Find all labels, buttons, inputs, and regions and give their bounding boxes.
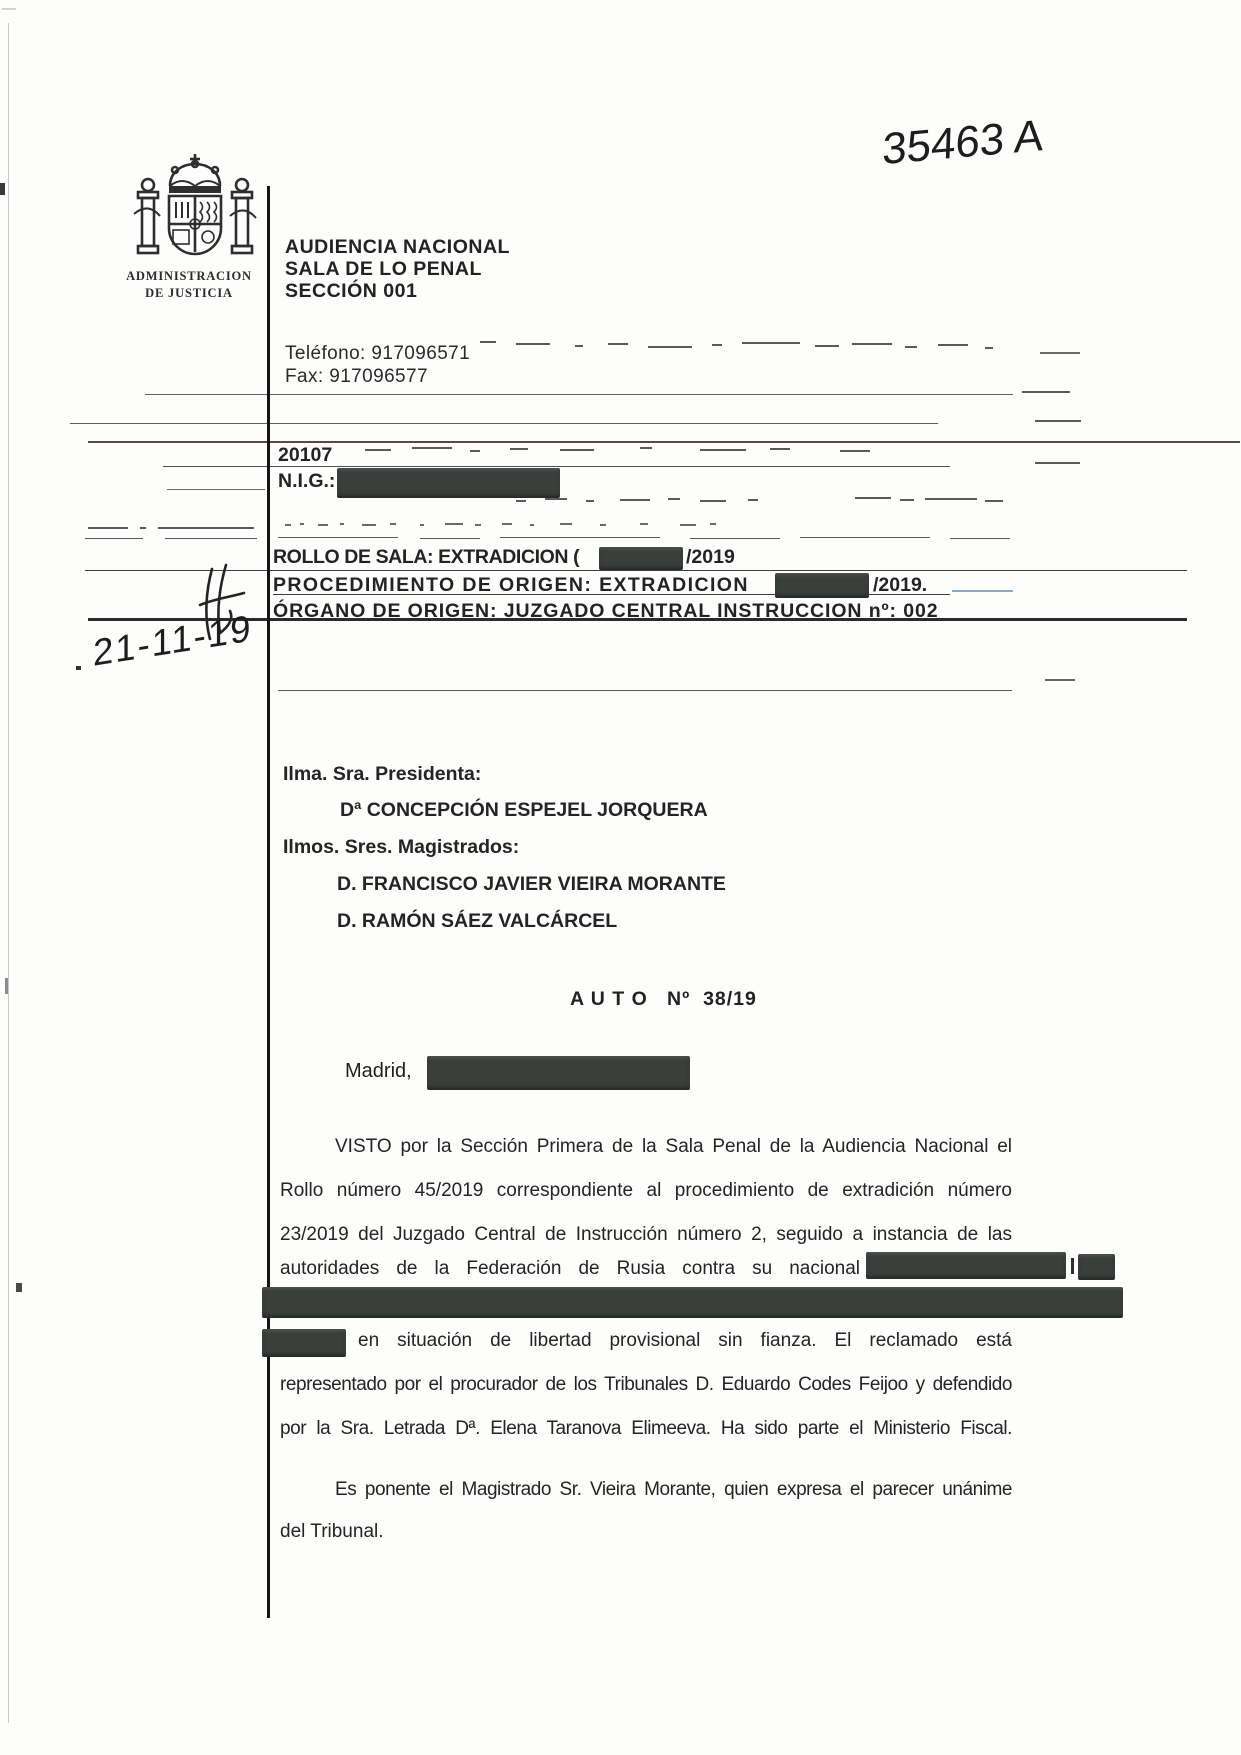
visto-paragraph-line6: representado por el procurador de los Tr… [280,1374,1012,1396]
visto-paragraph-line5: en situación de libertad provisional sin… [358,1330,1012,1352]
scan-artifact [480,341,496,343]
scan-artifact [690,538,780,539]
scan-artifact [905,346,917,348]
scan-artifact [85,570,1187,571]
procedimiento-year: /2019. [873,574,927,597]
visto-paragraph-line2: Rollo número 45/2019 correspondiente al … [280,1180,1012,1202]
scan-artifact [340,523,344,525]
scan-artifact [165,538,257,539]
scan-artifact [88,441,1240,443]
scan-artifact [158,527,254,529]
scan-artifact [1040,352,1080,354]
scan-artifact [70,423,938,424]
phone-line: Teléfono: 917096571 [285,343,470,365]
visto-paragraph-line4: autoridades de la Federación de Rusia co… [280,1258,860,1280]
ponente-paragraph-line2: del Tribunal. [280,1521,384,1543]
scan-artifact [742,342,800,344]
scan-artifact [16,1283,22,1292]
scan-artifact [167,489,265,490]
org-name-line3: SECCIÓN 001 [285,280,417,302]
scan-artifact [748,499,758,501]
magistrate-name-1: D. FRANCISCO JAVIER VIEIRA MORANTE [337,873,726,896]
scan-artifact [140,527,146,529]
redaction-nig [337,468,560,498]
scan-artifact [365,449,391,451]
scan-artifact [420,538,480,539]
scan-artifact [278,537,398,538]
scan-artifact [1022,391,1070,393]
scan-artifact [1071,1258,1074,1274]
vertical-separator-rule [267,186,270,1618]
scan-artifact [925,498,977,500]
procedimiento-prefix: PROCEDIMIENTO DE ORIGEN: EXTRADICION [273,574,749,597]
case-code: 20107 [278,444,332,467]
scan-artifact [815,345,839,347]
scan-artifact [575,345,583,347]
scan-artifact [1035,462,1080,464]
scan-artifact [5,978,8,994]
scan-artifact [300,523,304,525]
scan-artifact [2,8,16,10]
scan-artifact [76,666,81,670]
city-label: Madrid, [345,1060,412,1083]
scan-artifact [470,450,480,452]
scanned-court-document-page: 35463 A ADMINISTRACION DE JUSTICIA AUDIE… [0,0,1241,1755]
scan-artifact [840,450,870,452]
scan-artifact [516,500,526,502]
scan-artifact [545,498,567,500]
redaction-name-3 [262,1329,346,1357]
redaction-name-2 [1078,1254,1115,1280]
redaction-rollo-number [599,547,683,570]
scan-artifact [1045,679,1075,681]
org-name-line2: SALA DE LO PENAL [285,258,482,280]
scan-artifact [668,498,680,500]
scan-artifact [560,449,594,451]
scan-artifact [285,524,291,526]
emblem-caption-line2: DE JUSTICIA [103,285,275,301]
visto-paragraph-line7: por la Sra. Letrada Dª. Elena Taranova E… [280,1418,1012,1440]
scan-artifact [560,523,572,525]
scan-artifact [900,499,914,501]
scan-artifact [700,449,746,451]
scan-artifact [445,523,463,525]
scan-artifact [390,523,396,525]
scan-artifact [640,523,648,525]
org-name-line1: AUDIENCIA NACIONAL [285,236,510,258]
scan-artifact [700,500,726,502]
scan-artifact [412,447,452,449]
scan-artifact [0,183,5,195]
scan-artifact [85,538,143,539]
scan-artifact [500,537,660,538]
president-name: Dª CONCEPCIÓN ESPEJEL JORQUERA [340,799,708,822]
handwritten-docket-number: 35463 A [881,111,1044,175]
spain-justice-coat-of-arms [128,152,262,270]
scan-artifact [88,527,128,529]
scan-artifact [985,347,993,349]
magistrate-name-2: D. RAMÓN SÁEZ VALCÁRCEL [337,910,617,933]
scan-artifact [8,23,9,1723]
scan-artifact [852,343,892,345]
scan-artifact [800,537,930,538]
scan-artifact [278,690,1012,691]
scan-artifact [938,344,968,346]
scan-artifact [648,346,692,348]
scan-artifact [516,343,550,345]
rollo-de-sala-prefix: ROLLO DE SALA: EXTRADICION ( [273,546,579,569]
scan-artifact [952,590,1013,592]
scan-artifact [950,538,1010,539]
visto-paragraph-line1: VISTO por la Sección Primera de la Sala … [280,1136,1012,1158]
fax-line: Fax: 917096577 [285,366,428,388]
scan-artifact [985,500,1003,502]
scan-artifact [586,500,594,502]
redaction-date [427,1056,690,1090]
scan-artifact [530,524,534,526]
scan-artifact [600,524,606,526]
ponente-paragraph-line1: Es ponente el Magistrado Sr. Vieira Mora… [280,1479,1012,1501]
scan-artifact [1035,420,1081,422]
scan-artifact [712,344,722,346]
rollo-year: /2019 [686,546,735,569]
scan-artifact [420,524,424,526]
scan-artifact [502,523,512,525]
auto-title: A U T O Nº 38/19 [570,988,757,1011]
scan-artifact [362,524,376,526]
redaction-full-line [262,1287,1123,1318]
scan-artifact [510,448,528,450]
emblem-caption-line1: ADMINISTRACION [103,268,275,284]
scan-artifact [710,523,716,525]
president-heading: Ilma. Sra. Presidenta: [283,763,481,786]
nig-label: N.I.G.: [278,470,335,493]
organo-de-origen-line: ÓRGANO DE ORIGEN: JUZGADO CENTRAL INSTRU… [273,600,939,623]
scan-artifact [475,524,481,526]
redaction-name-1 [866,1252,1066,1279]
scan-artifact [770,448,790,450]
scan-artifact [608,343,628,345]
magistrates-heading: Ilmos. Sres. Magistrados: [283,836,519,859]
scan-artifact [620,499,650,501]
scan-artifact [145,394,1013,395]
scan-artifact [640,447,652,449]
redaction-procedimiento-number [775,573,869,598]
visto-paragraph-line3: 23/2019 del Juzgado Central de Instrucci… [280,1224,1012,1246]
scan-artifact [318,524,328,526]
scan-artifact [680,524,696,526]
scan-artifact [855,497,891,499]
